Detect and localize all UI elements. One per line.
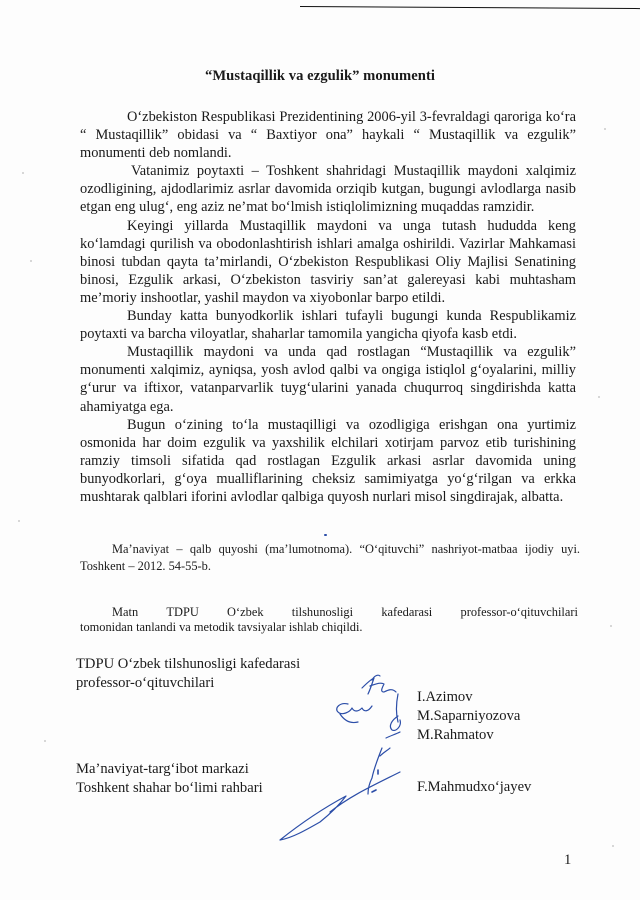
- paragraph-6: Bugun o‘zining to‘la mustaqilligi va ozo…: [80, 416, 576, 506]
- citation-text: Ma’naviyat – qalb quyoshi (ma’lumotnoma)…: [80, 541, 580, 575]
- credit-word: Matn: [112, 605, 138, 620]
- signatory-name: M.Saparniyozova: [417, 707, 520, 726]
- department-line-2: professor-o‘qituvchilari: [76, 674, 300, 693]
- signatory-name: I.Azimov: [417, 688, 520, 707]
- page-number: 1: [564, 852, 571, 869]
- scan-speck: [30, 260, 32, 262]
- credit-word: O‘zbek: [227, 605, 263, 620]
- department-line-1: TDPU O‘zbek tilshunosligi kafedarasi: [76, 655, 300, 674]
- scan-speck: [44, 740, 46, 742]
- signature-saparniyozova-icon: [337, 704, 372, 723]
- ink-mark: [324, 534, 327, 536]
- document-body: O‘zbekiston Respublikasi Prezidentining …: [80, 108, 576, 506]
- scan-speck: [598, 396, 600, 398]
- credit-line-2: tomonidan tanlandi va metodik tavsiyalar…: [80, 620, 578, 635]
- department-block: TDPU O‘zbek tilshunosligi kafedarasi pro…: [76, 655, 300, 693]
- signatory-names: I.Azimov M.Saparniyozova M.Rahmatov: [417, 688, 520, 745]
- signature-azimov-icon: [362, 675, 396, 694]
- document-title: “Mustaqillik va ezgulik” monumenti: [0, 68, 640, 85]
- credit-word: TDPU: [166, 605, 198, 620]
- signatory-name: M.Rahmatov: [417, 726, 520, 745]
- paragraph-5: Mustaqillik maydoni va unda qad rostlaga…: [80, 343, 576, 415]
- scan-speck: [604, 128, 606, 130]
- scan-edge-line: [300, 6, 640, 9]
- paragraph-4: Bunday katta bunyodkorlik ishlari tufayl…: [80, 307, 576, 343]
- paragraph-3: Keyingi yillarda Mustaqillik maydoni va …: [80, 217, 576, 307]
- scan-speck: [22, 172, 24, 174]
- paragraph-1: O‘zbekiston Respublikasi Prezidentining …: [80, 108, 576, 162]
- director-name: F.Mahmudxo‘jayev: [417, 779, 531, 796]
- signature-rahmatov-icon: [386, 694, 400, 738]
- center-block: Ma’naviyat-targ‘ibot markazi Toshkent sh…: [76, 760, 263, 798]
- credit-note: Matn TDPU O‘zbek tilshunosligi kafedaras…: [80, 605, 578, 635]
- center-line-1: Ma’naviyat-targ‘ibot markazi: [76, 760, 263, 779]
- document-page: “Mustaqillik va ezgulik” monumenti O‘zbe…: [0, 0, 640, 900]
- scan-speck: [610, 625, 612, 627]
- center-line-2: Toshkent shahar bo‘limi rahbari: [76, 779, 263, 798]
- scan-speck: [18, 520, 20, 522]
- credit-line-1: Matn TDPU O‘zbek tilshunosligi kafedaras…: [80, 605, 578, 620]
- source-citation: Ma’naviyat – qalb quyoshi (ma’lumotnoma)…: [80, 541, 580, 575]
- credit-word: professor-o‘qituvchilari: [461, 605, 578, 620]
- signature-mahmudxojayev-icon: [280, 748, 400, 840]
- credit-word: kafedarasi: [381, 605, 432, 620]
- scan-speck: [612, 845, 614, 847]
- credit-word: tilshunosligi: [292, 605, 353, 620]
- paragraph-2: Vatanimiz poytaxti – Toshkent shahridagi…: [80, 162, 576, 216]
